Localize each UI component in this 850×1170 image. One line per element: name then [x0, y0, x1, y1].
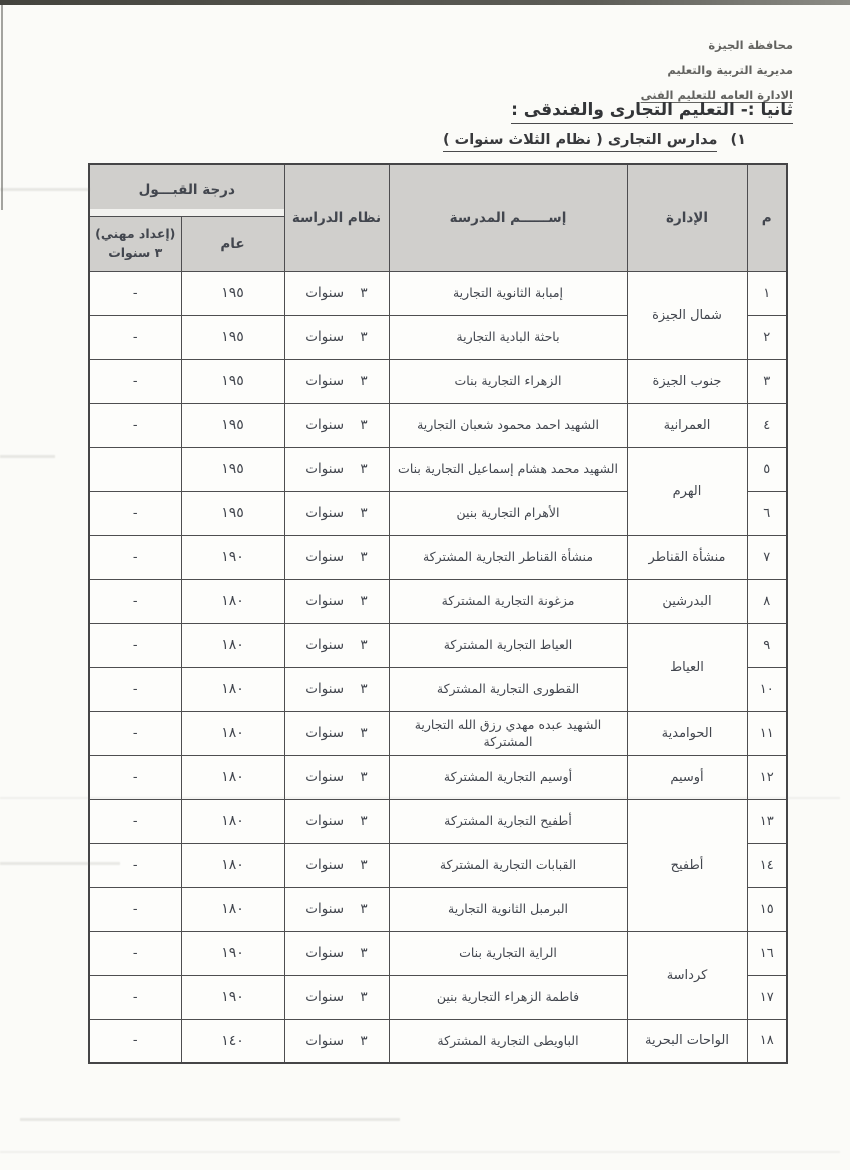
cell-school: الزهراء التجارية بنات: [389, 359, 627, 403]
cell-system: ٣ سنوات: [284, 491, 389, 535]
scanned-page: { "letterhead": { "line1": "محافظة الجيز…: [0, 0, 850, 1170]
subsection-text: مدارس التجارى ( نظام الثلاث سنوات ): [443, 132, 717, 152]
cell-system: ٣ سنوات: [284, 535, 389, 579]
cell-vocational: -: [89, 315, 181, 359]
cell-school: الأهرام التجارية بنين: [389, 491, 627, 535]
cell-school: فاطمة الزهراء التجارية بنين: [389, 975, 627, 1019]
cell-vocational: -: [89, 711, 181, 755]
cell-school: أطفيح التجارية المشتركة: [389, 799, 627, 843]
cell-system: ٣ سنوات: [284, 799, 389, 843]
cell-vocational: [89, 447, 181, 491]
cell-system: ٣ سنوات: [284, 623, 389, 667]
cell-general: ١٩٥: [181, 447, 284, 491]
cell-system: ٣ سنوات: [284, 711, 389, 755]
cell-system: ٣ سنوات: [284, 1019, 389, 1063]
header-administration: الإدارة: [627, 164, 747, 271]
scan-noise: [20, 1118, 400, 1121]
cell-school: القبابات التجارية المشتركة: [389, 843, 627, 887]
cell-admin: جنوب الجيزة: [627, 359, 747, 403]
cell-num: ٩: [747, 623, 787, 667]
cell-admin: أوسيم: [627, 755, 747, 799]
cell-general: ١٩٥: [181, 403, 284, 447]
cell-admin: منشأة القناطر: [627, 535, 747, 579]
table-row: ٣جنوب الجيزةالزهراء التجارية بنات٣ سنوات…: [89, 359, 787, 403]
cell-school: البرمبل الثانوية التجارية: [389, 887, 627, 931]
cell-school: أوسيم التجارية المشتركة: [389, 755, 627, 799]
cell-system: ٣ سنوات: [284, 843, 389, 887]
table-row: ٨البدرشينمزغونة التجارية المشتركة٣ سنوات…: [89, 579, 787, 623]
header-vocational-line2: ٣ سنوات: [90, 244, 181, 263]
cell-vocational: -: [89, 535, 181, 579]
cell-num: ١٦: [747, 931, 787, 975]
cell-num: ١: [747, 271, 787, 315]
cell-general: ١٩٥: [181, 359, 284, 403]
cell-school: باحثة البادية التجارية: [389, 315, 627, 359]
cell-num: ٣: [747, 359, 787, 403]
cell-num: ٧: [747, 535, 787, 579]
cell-num: ٤: [747, 403, 787, 447]
cell-school: الشهيد محمد هشام إسماعيل التجارية بنات: [389, 447, 627, 491]
scan-noise: [0, 1151, 840, 1153]
cell-system: ٣ سنوات: [284, 887, 389, 931]
cell-vocational: -: [89, 975, 181, 1019]
cell-admin: العمرانية: [627, 403, 747, 447]
table-row: ١٣أطفيحأطفيح التجارية المشتركة٣ سنوات١٨٠…: [89, 799, 787, 843]
cell-vocational: -: [89, 359, 181, 403]
cell-num: ١٨: [747, 1019, 787, 1063]
header-vocational-line1: (إعداد مهني): [90, 225, 181, 244]
cell-vocational: -: [89, 887, 181, 931]
table-row: ١٢أوسيمأوسيم التجارية المشتركة٣ سنوات١٨٠…: [89, 755, 787, 799]
header-general-grade: عام: [181, 216, 284, 271]
header-acceptance-grade: درجة القبـــول: [89, 164, 284, 216]
cell-general: ١٨٠: [181, 799, 284, 843]
cell-admin: أطفيح: [627, 799, 747, 931]
cell-school: الراية التجارية بنات: [389, 931, 627, 975]
cell-vocational: -: [89, 403, 181, 447]
cell-school: مزغونة التجارية المشتركة: [389, 579, 627, 623]
cell-num: ٨: [747, 579, 787, 623]
schools-table: م الإدارة إســــــم المدرسة نظام الدراسة…: [88, 163, 788, 1064]
letterhead-directorate: مديرية التربية والتعليم: [641, 58, 793, 83]
cell-system: ٣ سنوات: [284, 447, 389, 491]
cell-vocational: -: [89, 667, 181, 711]
cell-vocational: -: [89, 843, 181, 887]
table-row: ١٦كرداسةالراية التجارية بنات٣ سنوات١٩٠-: [89, 931, 787, 975]
cell-admin: شمال الجيزة: [627, 271, 747, 359]
cell-system: ٣ سنوات: [284, 931, 389, 975]
cell-num: ١٢: [747, 755, 787, 799]
cell-system: ٣ سنوات: [284, 403, 389, 447]
cell-school: الشهيد احمد محمود شعبان التجارية: [389, 403, 627, 447]
cell-admin: البدرشين: [627, 579, 747, 623]
cell-general: ١٤٠: [181, 1019, 284, 1063]
scan-artifact-left-edge: [1, 5, 3, 210]
header-school-name: إســــــم المدرسة: [389, 164, 627, 271]
cell-general: ١٩٠: [181, 931, 284, 975]
letterhead: محافظة الجيزة مديرية التربية والتعليم ال…: [641, 33, 793, 108]
cell-num: ١١: [747, 711, 787, 755]
cell-general: ١٨٠: [181, 755, 284, 799]
cell-general: ١٩٥: [181, 315, 284, 359]
cell-admin: العياط: [627, 623, 747, 711]
cell-num: ١٠: [747, 667, 787, 711]
cell-vocational: -: [89, 623, 181, 667]
header-vocational-grade: (إعداد مهني) ٣ سنوات: [89, 216, 181, 271]
table-row: ١١الحوامديةالشهيد عبده مهدي رزق الله الت…: [89, 711, 787, 755]
table-row: ٧منشأة القناطرمنشأة القناطر التجارية الم…: [89, 535, 787, 579]
cell-general: ١٨٠: [181, 711, 284, 755]
cell-general: ١٩٠: [181, 975, 284, 1019]
cell-admin: الهرم: [627, 447, 747, 535]
schools-table-body: ١شمال الجيزةإمبابة الثانوية التجارية٣ سن…: [89, 271, 787, 1063]
cell-general: ١٩٥: [181, 271, 284, 315]
cell-school: منشأة القناطر التجارية المشتركة: [389, 535, 627, 579]
cell-school: إمبابة الثانوية التجارية: [389, 271, 627, 315]
cell-system: ٣ سنوات: [284, 579, 389, 623]
cell-vocational: -: [89, 799, 181, 843]
cell-admin: الحوامدية: [627, 711, 747, 755]
scan-noise: [0, 455, 55, 458]
schools-table-header: م الإدارة إســــــم المدرسة نظام الدراسة…: [89, 164, 787, 271]
subsection-title: ١) مدارس التجارى ( نظام الثلاث سنوات ): [443, 132, 746, 148]
cell-general: ١٩٥: [181, 491, 284, 535]
cell-num: ٦: [747, 491, 787, 535]
cell-vocational: -: [89, 755, 181, 799]
cell-school: الباويطى التجارية المشتركة: [389, 1019, 627, 1063]
header-number: م: [747, 164, 787, 271]
table-row: ١٨الواحات البحريةالباويطى التجارية المشت…: [89, 1019, 787, 1063]
cell-vocational: -: [89, 579, 181, 623]
cell-general: ١٨٠: [181, 579, 284, 623]
cell-vocational: -: [89, 931, 181, 975]
cell-num: ١٥: [747, 887, 787, 931]
cell-general: ١٨٠: [181, 623, 284, 667]
letterhead-governorate: محافظة الجيزة: [641, 33, 793, 58]
cell-num: ١٣: [747, 799, 787, 843]
cell-system: ٣ سنوات: [284, 271, 389, 315]
cell-admin: الواحات البحرية: [627, 1019, 747, 1063]
cell-admin: كرداسة: [627, 931, 747, 1019]
cell-vocational: -: [89, 491, 181, 535]
cell-general: ١٨٠: [181, 667, 284, 711]
cell-system: ٣ سنوات: [284, 975, 389, 1019]
cell-num: ٥: [747, 447, 787, 491]
cell-vocational: -: [89, 1019, 181, 1063]
cell-num: ١٤: [747, 843, 787, 887]
scan-noise: [0, 188, 90, 191]
cell-num: ١٧: [747, 975, 787, 1019]
section-title: ثانيا :- التعليم التجارى والفندقى :: [511, 100, 793, 124]
table-row: ٤العمرانيةالشهيد احمد محمود شعبان التجار…: [89, 403, 787, 447]
cell-general: ١٨٠: [181, 887, 284, 931]
cell-general: ١٨٠: [181, 843, 284, 887]
cell-system: ٣ سنوات: [284, 315, 389, 359]
cell-vocational: -: [89, 271, 181, 315]
table-row: ٥الهرمالشهيد محمد هشام إسماعيل التجارية …: [89, 447, 787, 491]
cell-system: ٣ سنوات: [284, 755, 389, 799]
cell-school: الشهيد عبده مهدي رزق الله التجارية المشت…: [389, 711, 627, 755]
cell-school: القطورى التجارية المشتركة: [389, 667, 627, 711]
table-row: ٩العياطالعياط التجارية المشتركة٣ سنوات١٨…: [89, 623, 787, 667]
scan-artifact-top-edge: [0, 0, 850, 5]
cell-school: العياط التجارية المشتركة: [389, 623, 627, 667]
cell-system: ٣ سنوات: [284, 359, 389, 403]
cell-general: ١٩٠: [181, 535, 284, 579]
subsection-number: ١): [723, 132, 747, 148]
cell-num: ٢: [747, 315, 787, 359]
header-study-system: نظام الدراسة: [284, 164, 389, 271]
cell-system: ٣ سنوات: [284, 667, 389, 711]
table-row: ١شمال الجيزةإمبابة الثانوية التجارية٣ سن…: [89, 271, 787, 315]
